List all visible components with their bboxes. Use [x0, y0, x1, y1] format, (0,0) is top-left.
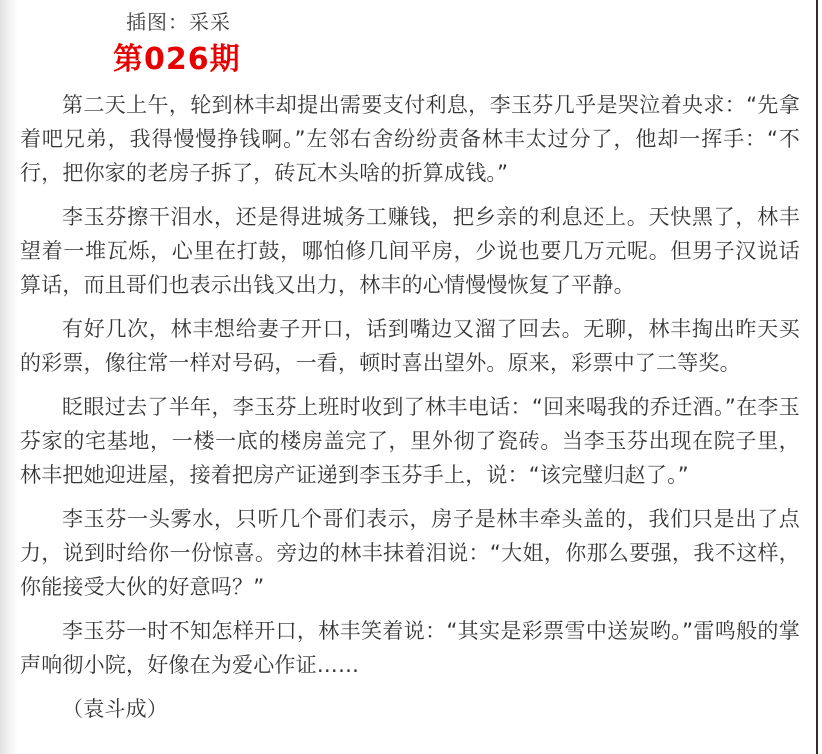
issue-title: 第026期: [113, 42, 800, 78]
story-paragraph: 第二天上午，轮到林丰却提出需要支付利息，李玉芬几乎是哭泣着央求：“先拿着吧兄弟，…: [20, 88, 800, 190]
story-paragraph: 李玉芬擦干泪水，还是得进城务工赚钱，把乡亲的利息还上。天快黑了，林丰望着一堆瓦烁…: [20, 200, 800, 302]
story-paragraph: （袁斗成）: [20, 692, 800, 726]
story-body: 第二天上午，轮到林丰却提出需要支付利息，李玉芬几乎是哭泣着央求：“先拿着吧兄弟，…: [20, 88, 800, 726]
story-paragraph: 李玉芬一时不知怎样开口，林丰笑着说：“其实是彩票雪中送炭哟。”雷鸣般的掌声响彻小…: [20, 614, 800, 682]
story-paragraph: 李玉芬一头雾水，只听几个哥们表示，房子是林丰牵头盖的，我们只是出了点力，说到时给…: [20, 502, 800, 604]
article-content: 插图：采采 第026期 第二天上午，轮到林丰却提出需要支付利息，李玉芬几乎是哭泣…: [0, 0, 822, 726]
illustration-credit: 插图：采采: [126, 8, 800, 36]
story-paragraph: 有好几次，林丰想给妻子开口，话到嘴边又溜了回去。无聊，林丰掏出昨天买的彩票，像往…: [20, 312, 800, 380]
article-page: 插图：采采 第026期 第二天上午，轮到林丰却提出需要支付利息，李玉芬几乎是哭泣…: [0, 0, 822, 754]
story-paragraph: 眨眼过去了半年，李玉芬上班时收到了林丰电话：“回来喝我的乔迁酒。”在李玉芬家的宅…: [20, 390, 800, 492]
